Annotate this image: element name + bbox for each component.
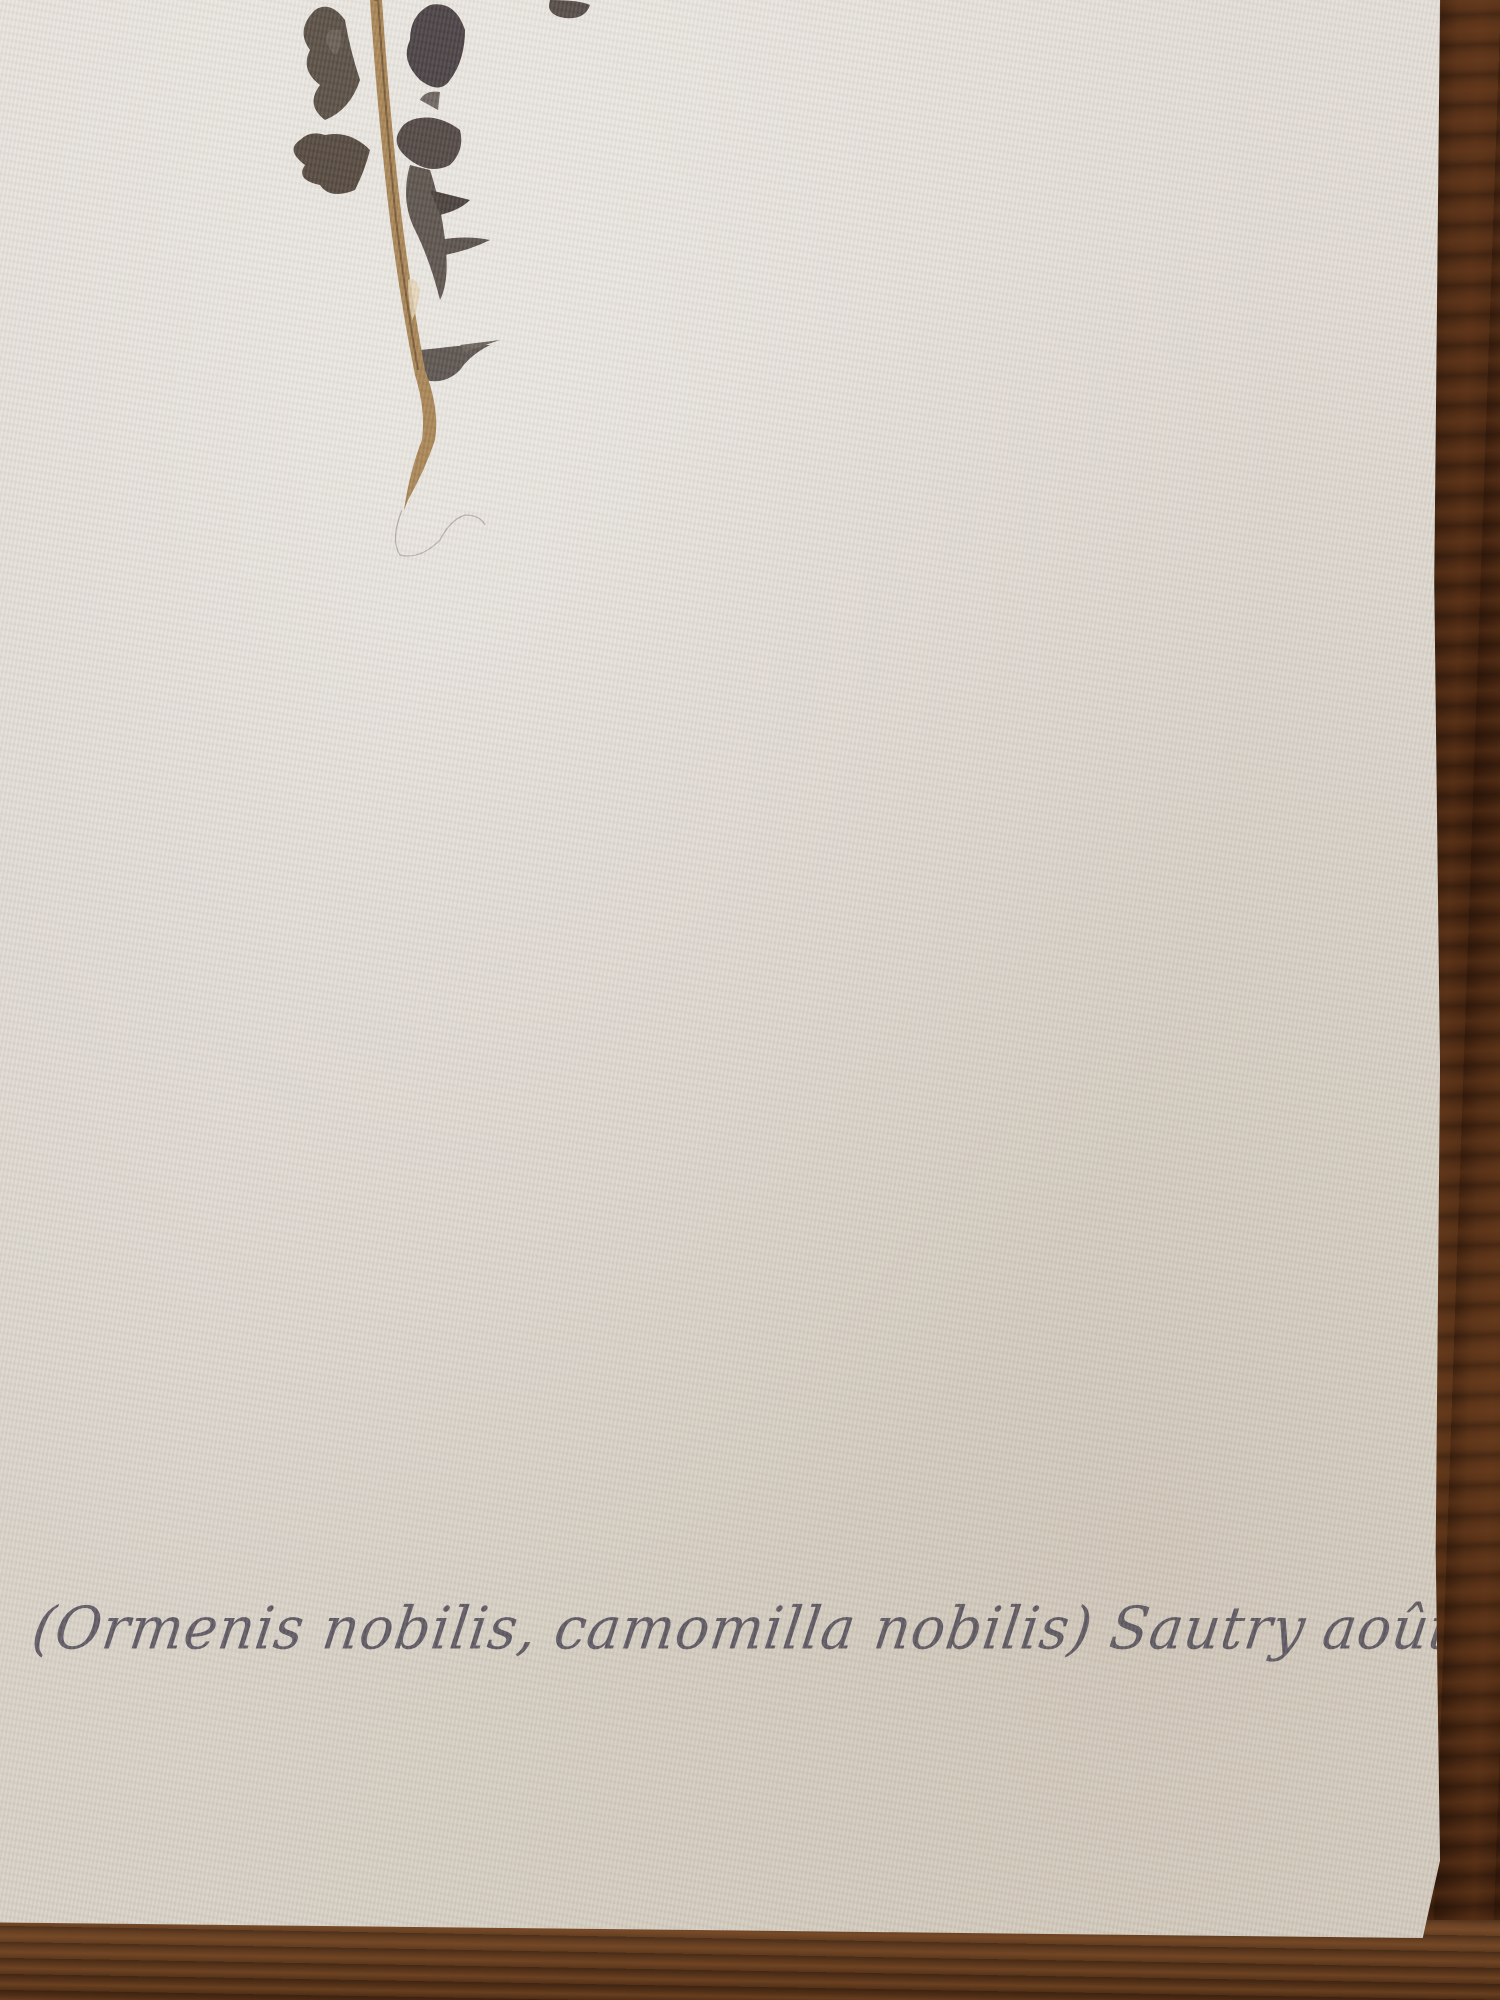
label-species: (Ormenis nobilis,: [28, 1595, 542, 1663]
herbarium-sheet: (Ormenis nobilis,camomilla nobilis)Sautr…: [0, 0, 1440, 1938]
label-locality: Sautry: [1106, 1595, 1310, 1663]
label-synonym: camomilla nobilis): [550, 1595, 1097, 1663]
handwritten-label: (Ormenis nobilis,camomilla nobilis)Sautr…: [28, 1595, 1438, 1663]
pressed-plant-specimen: [290, 0, 610, 650]
